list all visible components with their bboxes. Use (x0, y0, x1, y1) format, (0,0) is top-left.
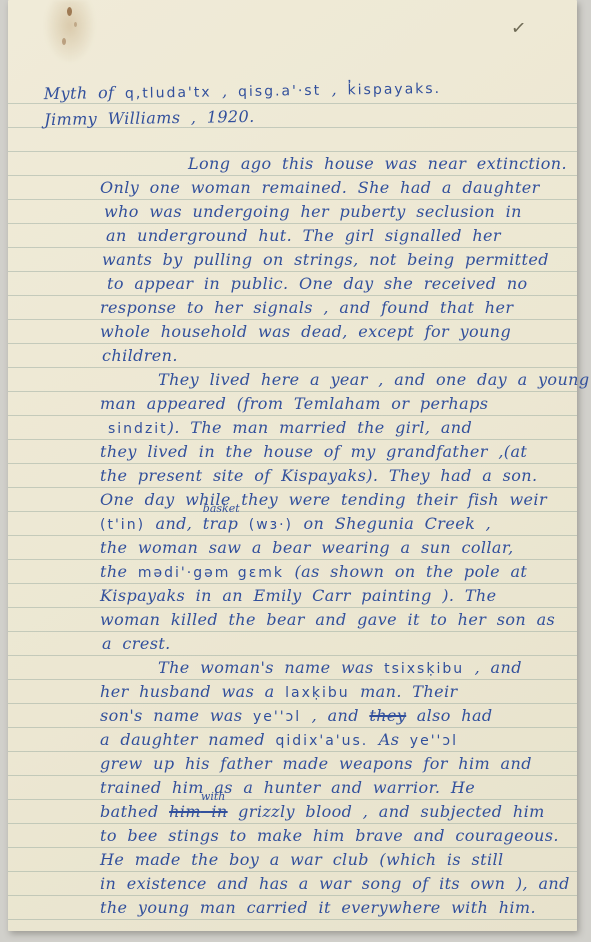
handwritten-line: the mədi'·gəm gɛmk (as shown on the pole… (100, 560, 578, 584)
handwritten-text: to bee stings to make him brave and cour… (100, 826, 559, 845)
handwritten-line: bathed him inwith grizzly blood , and su… (100, 800, 578, 824)
phonetic-word: mədi'·gəm gɛmk (138, 565, 284, 581)
phonetic-word: qidix'a'us. (276, 733, 369, 749)
handwritten-line: Long ago this house was near extinction. (100, 152, 578, 176)
handwritten-text: the young man carried it everywhere with… (100, 898, 536, 917)
handwritten-text: the present site of Kispayaks). They had… (100, 466, 537, 485)
handwritten-line: grew up his father made weapons for him … (100, 752, 578, 776)
handwritten-text: the woman saw a bear wearing a sun colla… (100, 538, 514, 557)
handwritten-text: whole household was dead, except for you… (100, 322, 511, 341)
desk-background: ✓ Myth of q,tluda'tx , qisg.a'·st , k̓is… (0, 0, 591, 942)
handwritten-line: They lived here a year , and one day a y… (100, 368, 578, 392)
struck-word: they (369, 706, 406, 725)
handwritten-line: trained him as a hunter and warrior. He (100, 776, 578, 800)
handwritten-text: to appear in public. One day she receive… (107, 274, 528, 293)
handwritten-text: bathed (100, 802, 169, 821)
handwritten-text: (as shown on the pole at (284, 562, 527, 581)
handwritten-text: man appeared (from Temlaham or perhaps (100, 394, 488, 413)
checkmark-annotation: ✓ (510, 17, 527, 39)
handwritten-line: whole household was dead, except for you… (100, 320, 578, 344)
handwritten-line: Only one woman remained. She had a daugh… (100, 176, 578, 200)
handwritten-line: One day while they were tending their fi… (100, 488, 578, 512)
handwritten-text: woman killed the bear and gave it to her… (100, 610, 555, 629)
manuscript-title: Myth of q,tluda'tx , qisg.a'·st , k̓ispa… (44, 75, 442, 133)
phonetic-word: laxḳibu (285, 685, 350, 701)
struck-word: inwith (201, 802, 228, 821)
handwritten-text: As (368, 730, 410, 749)
phonetic-word: ye''ɔl (253, 709, 301, 725)
handwritten-line: children. (100, 344, 578, 368)
handwritten-text: The woman's name was (158, 658, 384, 677)
inserted-word: with (201, 791, 225, 802)
handwritten-text: and, (145, 514, 203, 533)
handwritten-text: an underground hut. The girl signalled h… (106, 226, 501, 245)
manuscript-body: Long ago this house was near extinction.… (100, 152, 578, 920)
stain-speck (74, 22, 77, 27)
handwritten-text: a daughter named (100, 730, 276, 749)
handwritten-text: a crest. (102, 634, 171, 653)
phonetic-word: tsixsḳibu (384, 661, 464, 677)
handwritten-line: (t'in) and, trapbasket (wɜ·) on Shegunia… (100, 512, 578, 536)
handwritten-text: children. (102, 346, 178, 365)
handwritten-text: Only one woman remained. She had a daugh… (100, 178, 540, 197)
phonetic-word: ye''ɔl (410, 733, 458, 749)
phonetic-word: (t'in) (100, 517, 145, 533)
handwritten-line: the present site of Kispayaks). They had… (100, 464, 578, 488)
phonetic-word: (wɜ·) (249, 517, 293, 533)
handwritten-text: trained him as a hunter and warrior. He (100, 778, 475, 797)
handwritten-text: man. Their (350, 682, 458, 701)
handwritten-line: her husband was a laxḳibu man. Their (100, 680, 578, 704)
handwritten-line: a daughter named qidix'a'us. As ye''ɔl (100, 728, 578, 752)
handwritten-text: , (211, 81, 238, 100)
handwritten-text: response to her signals , and found that… (100, 298, 513, 317)
stain-speck (62, 38, 66, 45)
handwritten-line: son's name was ye''ɔl , and they also ha… (100, 704, 578, 728)
phonetic-word: sindzit (108, 421, 168, 437)
handwritten-line: man appeared (from Temlaham or perhaps (100, 392, 578, 416)
handwritten-line: woman killed the bear and gave it to her… (100, 608, 578, 632)
phonetic-word: k̓ispayaks. (347, 81, 441, 98)
handwritten-line: wants by pulling on strings, not being p… (100, 248, 578, 272)
handwritten-text: trapbasket (203, 514, 238, 533)
inserted-word: basket (203, 503, 240, 514)
handwritten-text: on Shegunia Creek , (293, 514, 491, 533)
handwritten-line: they lived in the house of my grandfathe… (100, 440, 578, 464)
handwritten-line: He made the boy a war club (which is sti… (100, 848, 578, 872)
handwritten-line: who was undergoing her puberty seclusion… (100, 200, 578, 224)
handwritten-text: Long ago this house was near extinction. (188, 154, 567, 173)
handwritten-line: the woman saw a bear wearing a sun colla… (100, 536, 578, 560)
handwritten-line: the young man carried it everywhere with… (100, 896, 578, 920)
stain-speck (67, 7, 72, 16)
handwritten-text: in existence and has a war song of its o… (100, 874, 570, 893)
handwritten-text: He made the boy a war club (which is sti… (100, 850, 504, 869)
paper-sheet: ✓ Myth of q,tluda'tx , qisg.a'·st , k̓is… (8, 0, 577, 931)
handwritten-line: sindzit). The man married the girl, and (100, 416, 578, 440)
handwritten-text: her husband was a (100, 682, 285, 701)
handwritten-text: who was undergoing her puberty seclusion… (104, 202, 522, 221)
handwritten-line: in existence and has a war song of its o… (100, 872, 578, 896)
handwritten-text: , (321, 79, 348, 98)
handwritten-text: , and (464, 658, 522, 677)
handwritten-text: Jimmy Williams , 1920. (44, 107, 255, 129)
handwritten-line: to appear in public. One day she receive… (100, 272, 578, 296)
struck-word: him (169, 802, 201, 821)
handwritten-line: The woman's name was tsixsḳibu , and (100, 656, 578, 680)
handwritten-line: a crest. (100, 632, 578, 656)
phonetic-word: qisg.a'·st (238, 83, 321, 100)
handwritten-line: to bee stings to make him brave and cour… (100, 824, 578, 848)
handwritten-text: the (100, 562, 138, 581)
handwritten-text (238, 514, 249, 533)
handwritten-text: they lived in the house of my grandfathe… (100, 442, 527, 461)
handwritten-text: Myth of (44, 83, 125, 103)
handwritten-text: Kispayaks in an Emily Carr painting ). T… (100, 586, 497, 605)
handwritten-line: Kispayaks in an Emily Carr painting ). T… (100, 584, 578, 608)
handwritten-text: also had (406, 706, 492, 725)
handwritten-text: ). The man married the girl, and (168, 418, 472, 437)
handwritten-line: response to her signals , and found that… (100, 296, 578, 320)
handwritten-text: , and (301, 706, 369, 725)
handwritten-text: They lived here a year , and one day a y… (158, 370, 590, 389)
handwritten-text: grew up his father made weapons for him … (100, 754, 532, 773)
handwritten-text: son's name was (100, 706, 253, 725)
handwritten-text: grizzly blood , and subjected him (228, 802, 545, 821)
handwritten-text: One day while they were tending their fi… (100, 490, 547, 509)
handwritten-line: an underground hut. The girl signalled h… (100, 224, 578, 248)
handwritten-text: wants by pulling on strings, not being p… (102, 250, 549, 269)
phonetic-word: q,tluda'tx (125, 84, 212, 101)
